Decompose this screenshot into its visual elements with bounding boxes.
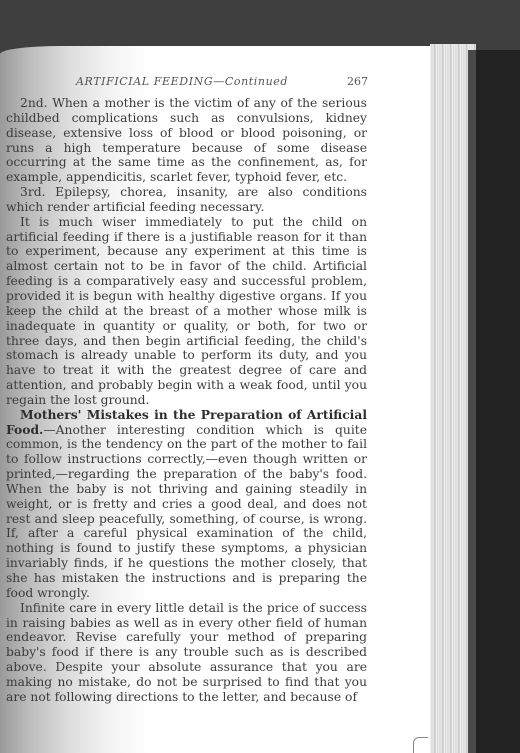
paragraph-2nd: 2nd. When a mother is the victim of any … — [6, 96, 367, 185]
paragraph-mothers-mistakes: Mothers' Mistakes in the Preparation of … — [6, 408, 367, 601]
paragraph-infinite-care: Infinite care in every little detail is … — [6, 601, 367, 705]
page-body: 2nd. When a mother is the victim of any … — [6, 96, 367, 705]
page-number: 267 — [347, 75, 368, 88]
page-curl-mark — [413, 737, 428, 753]
background-dark-right — [476, 50, 520, 753]
running-head-title: ARTIFICIAL FEEDING—Continued — [76, 75, 288, 88]
book-cover-edge — [468, 50, 476, 753]
paragraph-3rd: 3rd. Epilepsy, chorea, insanity, are als… — [6, 185, 367, 215]
paragraph-wiser: It is much wiser immediately to put the … — [6, 215, 367, 408]
running-head: ARTIFICIAL FEEDING—Continued 267 — [76, 75, 368, 88]
